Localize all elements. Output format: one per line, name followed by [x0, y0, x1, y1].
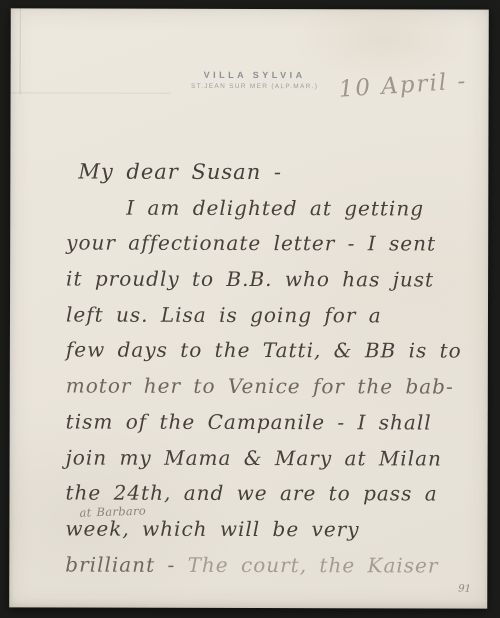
handwritten-line: it proudly to B.B. who has just: [66, 267, 476, 304]
letter-paper: VILLA SYLVIA ST.JEAN SUR MER (ALP.MAR.) …: [9, 8, 489, 608]
handwritten-line: tism of the Campanile - I shall: [66, 409, 476, 446]
paper-fold-crease-horizontal: [11, 92, 171, 93]
line-text-faded: The court, the Kaiser: [188, 552, 439, 577]
handwritten-line: your affectionate letter - I sent: [66, 231, 476, 268]
line-text: brilliant -: [65, 552, 187, 576]
handwritten-line-with-insertion: at Barbaro week, which will be very: [65, 516, 475, 553]
inserted-word-anchor: at Barbaro week,: [65, 516, 129, 540]
handwritten-line: I am delighted at getting: [66, 195, 476, 232]
handwritten-line: few days to the Tatti, & BB is to: [66, 338, 476, 375]
handwritten-line: left us. Lisa is going for a: [66, 302, 476, 339]
letter-photograph: VILLA SYLVIA ST.JEAN SUR MER (ALP.MAR.) …: [0, 0, 500, 618]
handwritten-line: motor her to Venice for the bab-: [66, 374, 476, 411]
letter-body: My dear Susan - I am delighted at gettin…: [65, 160, 476, 589]
line-text: which will be very: [130, 517, 360, 542]
line-text: week,: [65, 516, 129, 540]
handwritten-line: join my Mama & Mary at Milan: [66, 445, 476, 482]
handwritten-line: brilliant - The court, the Kaiser: [65, 552, 475, 589]
insertion-above-line: at Barbaro: [79, 503, 146, 519]
page-number-annotation: 91: [458, 583, 471, 594]
salutation-line: My dear Susan -: [66, 160, 476, 197]
